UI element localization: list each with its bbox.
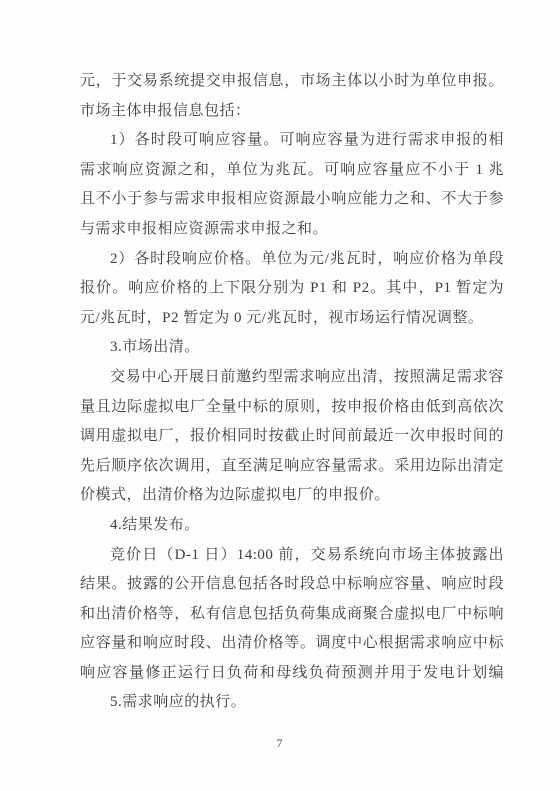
document-text-block: 元，于交易系统提交申报信息，市场主体以小时为单位申报。市场主体申报信息包括：1）… xyxy=(80,67,504,718)
document-page: 元，于交易系统提交申报信息，市场主体以小时为单位申报。市场主体申报信息包括：1）… xyxy=(0,0,560,791)
text-line: 3.市场出清。 xyxy=(80,333,504,363)
text-line: 结果。披露的公开信息包括各时段总中标响应容量、响应时段 xyxy=(80,570,504,600)
text-line: 和出清价格等，私有信息包括负荷集成商聚合虚拟电厂中标响 xyxy=(80,600,504,630)
text-line: 元，于交易系统提交申报信息，市场主体以小时为单位申报。 xyxy=(80,67,504,97)
text-line: 1）各时段可响应容量。可响应容量为进行需求申报的相应 xyxy=(80,126,504,156)
text-line: 量且边际虚拟电厂全量中标的原则，按申报价格由低到高依次 xyxy=(80,393,504,423)
text-line: 交易中心开展日前邀约型需求响应出清，按照满足需求容 xyxy=(80,363,504,393)
text-line: 响应容量修正运行日负荷和母线负荷预测并用于发电计划编制。 xyxy=(80,659,504,689)
text-line: 元/兆瓦时，P2 暂定为 0 元/兆瓦时，视市场运行情况调整。 xyxy=(80,304,504,334)
text-line: 4.结果发布。 xyxy=(80,511,504,541)
text-line: 市场主体申报信息包括： xyxy=(80,97,504,127)
text-line: 需求响应资源之和，单位为兆瓦。可响应容量应不小于 1 兆瓦， xyxy=(80,156,504,186)
text-line: 2）各时段响应价格。单位为元/兆瓦时，响应价格为单段 xyxy=(80,245,504,275)
text-line: 调用虚拟电厂，报价相同时按截止时间前最近一次申报时间的 xyxy=(80,422,504,452)
text-line: 先后顺序依次调用，直至满足响应容量需求。采用边际出清定 xyxy=(80,452,504,482)
text-line: 价模式，出清价格为边际虚拟电厂的申报价。 xyxy=(80,481,504,511)
text-line: 且不小于参与需求申报相应资源最小响应能力之和、不大于参 xyxy=(80,185,504,215)
text-line: 5.需求响应的执行。 xyxy=(80,688,504,718)
text-line: 报价。响应价格的上下限分别为 P1 和 P2。其中，P1 暂定为 2500 xyxy=(80,274,504,304)
page-number: 7 xyxy=(0,736,560,751)
text-line: 应容量和响应时段、出清价格等。调度中心根据需求响应中标 xyxy=(80,629,504,659)
text-line: 与需求申报相应资源需求申报之和。 xyxy=(80,215,504,245)
text-line: 竞价日（D-1 日）14:00 前，交易系统向市场主体披露出清 xyxy=(80,541,504,571)
